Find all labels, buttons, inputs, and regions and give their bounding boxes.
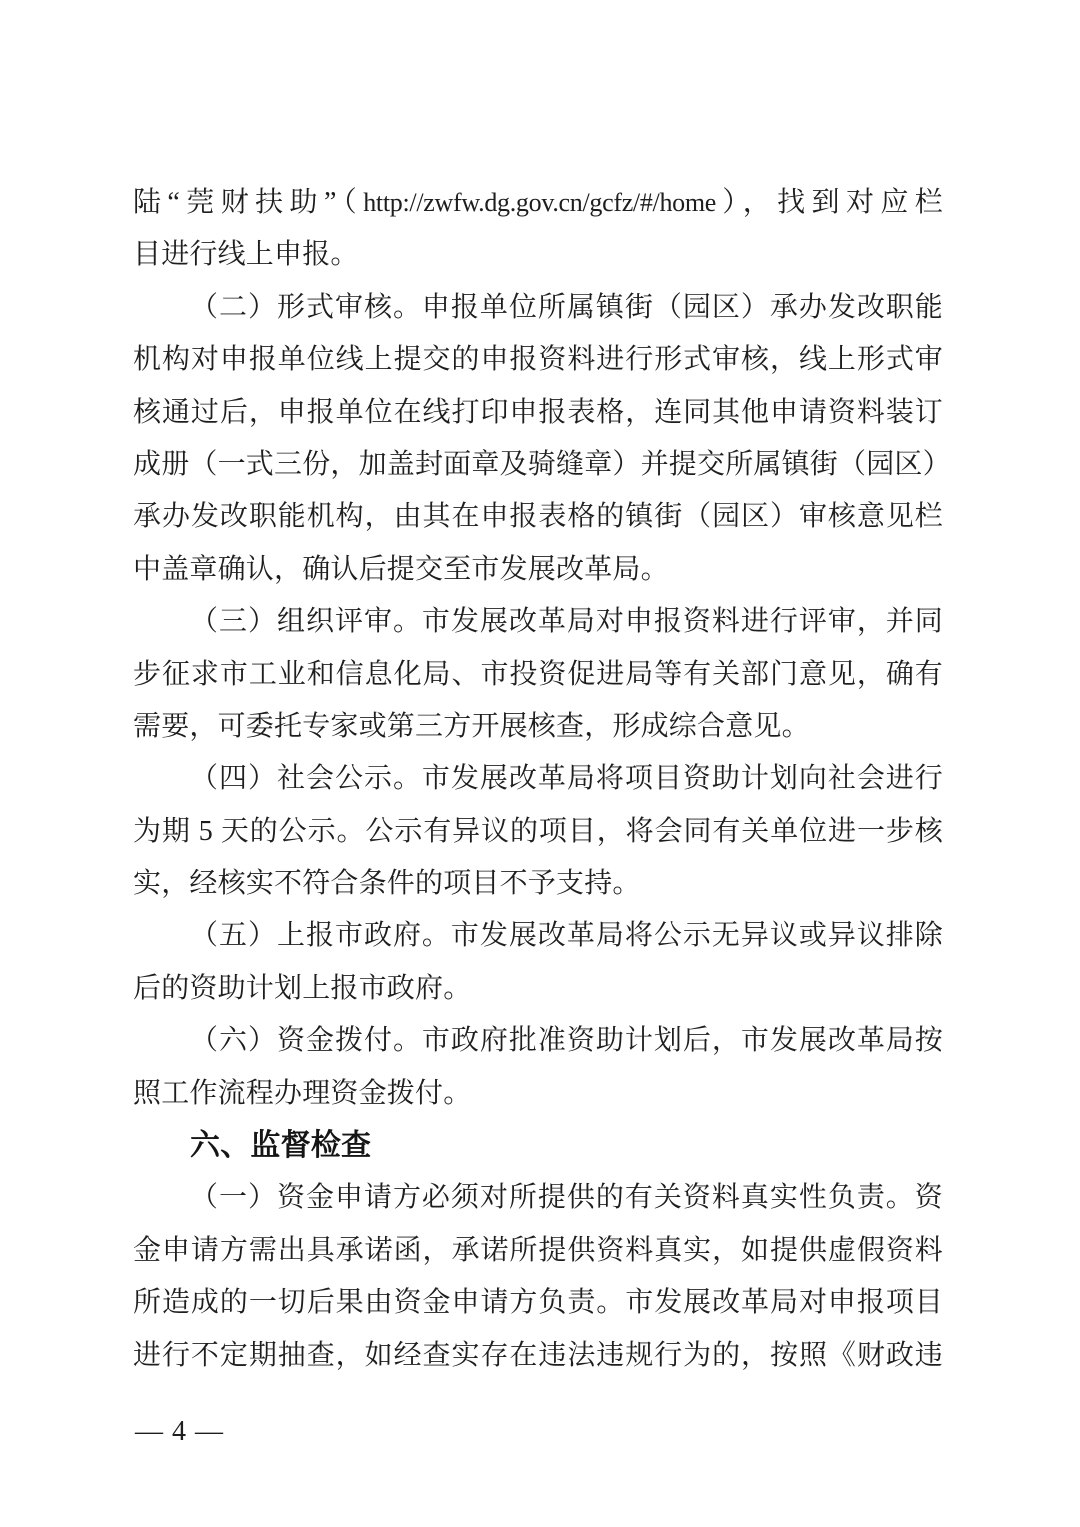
document-line: 所造成的一切后果由资金申请方负责。市发展改革局对申报项目	[133, 1277, 943, 1329]
document-line: 需要，可委托专家或第三方开展核查，形成综合意见。	[133, 701, 943, 753]
document-line: 成册（一式三份，加盖封面章及骑缝章）并提交所属镇街（园区）	[133, 439, 943, 491]
document-line: 步征求市工业和信息化局、市投资促进局等有关部门意见，确有	[133, 649, 943, 701]
document-text-block: 陆“莞财扶助”（http://zwfw.dg.gov.cn/gcfz/#/hom…	[133, 177, 943, 1382]
document-line: 中盖章确认，确认后提交至市发展改革局。	[133, 544, 943, 596]
document-line-section-5: （五）上报市政府。市发展改革局将公示无异议或异议排除	[133, 910, 943, 962]
line-text-suffix: ），找到对应栏	[716, 187, 943, 218]
document-line: 承办发改职能机构，由其在申报表格的镇街（园区）审核意见栏	[133, 491, 943, 543]
document-line-section-4: （四）社会公示。市发展改革局将项目资助计划向社会进行	[133, 753, 943, 805]
page-number: — 4 —	[135, 1406, 224, 1458]
document-line: 机构对申报单位线上提交的申报资料进行形式审核，线上形式审	[133, 334, 943, 386]
line-text-prefix: 陆“莞财扶助”（	[133, 187, 363, 218]
section-heading-supervision: 六、监督检查	[133, 1120, 943, 1172]
document-line: 目进行线上申报。	[133, 229, 943, 281]
document-line: 实，经核实不符合条件的项目不予支持。	[133, 858, 943, 910]
document-line: 进行不定期抽查，如经查实存在违法违规行为的，按照《财政违	[133, 1330, 943, 1382]
document-line: 核通过后，申报单位在线打印申报表格，连同其他申请资料装订	[133, 387, 943, 439]
document-page: 陆“莞财扶助”（http://zwfw.dg.gov.cn/gcfz/#/hom…	[0, 0, 1080, 1527]
document-line-section-1: （一）资金申请方必须对所提供的有关资料真实性负责。资	[133, 1172, 943, 1224]
document-line-section-3: （三）组织评审。市发展改革局对申报资料进行评审，并同	[133, 596, 943, 648]
document-line: 照工作流程办理资金拨付。	[133, 1068, 943, 1120]
document-line-section-6: （六）资金拨付。市政府批准资助计划后，市发展改革局按	[133, 1015, 943, 1067]
document-line: 为期 5 天的公示。公示有异议的项目，将会同有关单位进一步核	[133, 806, 943, 858]
document-line: 陆“莞财扶助”（http://zwfw.dg.gov.cn/gcfz/#/hom…	[133, 177, 943, 229]
url-text: http://zwfw.dg.gov.cn/gcfz/#/home	[363, 188, 716, 217]
document-line-section-2: （二）形式审核。申报单位所属镇街（园区）承办发改职能	[133, 282, 943, 334]
document-line: 金申请方需出具承诺函，承诺所提供资料真实，如提供虚假资料	[133, 1225, 943, 1277]
document-line: 后的资助计划上报市政府。	[133, 963, 943, 1015]
